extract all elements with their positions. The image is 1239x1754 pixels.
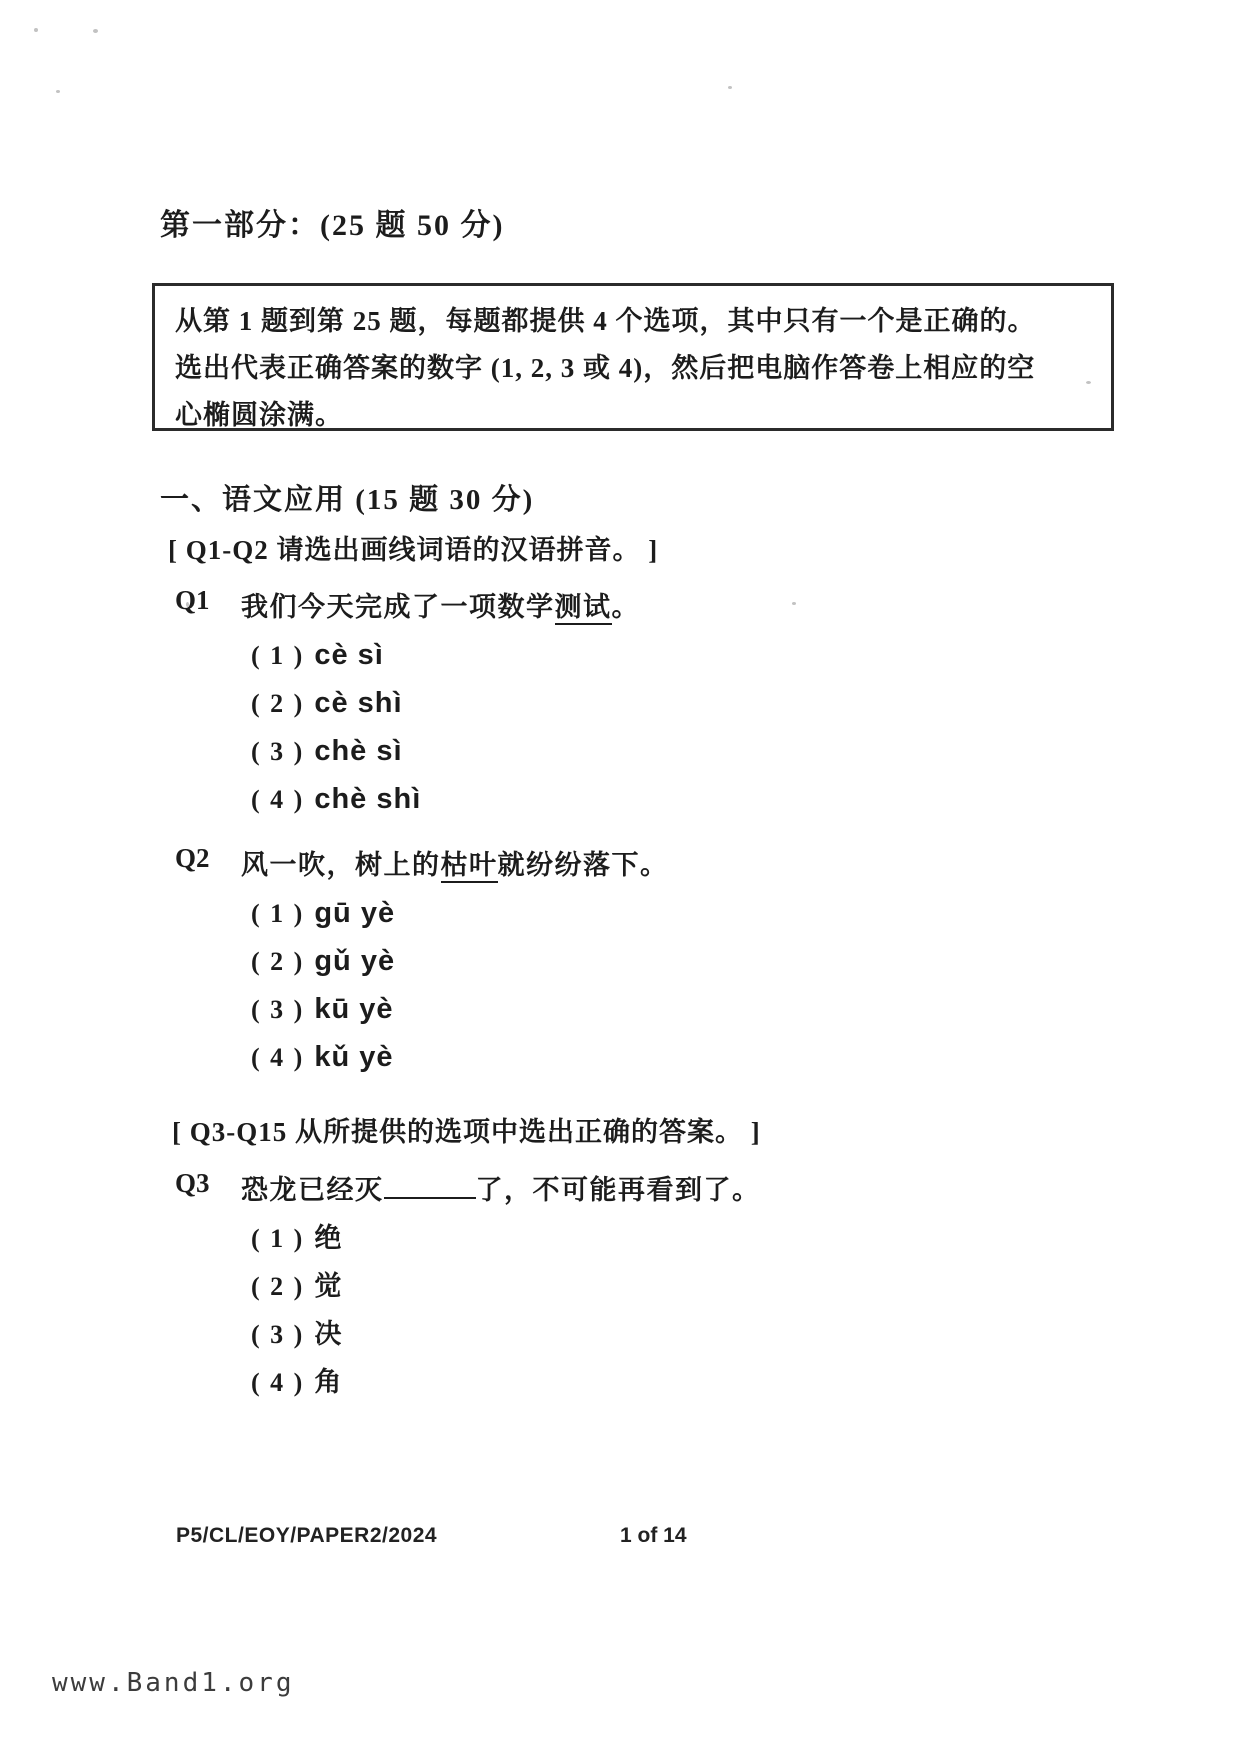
option-text: kǔ yè [314, 1041, 393, 1073]
paper-code: P5/CL/EOY/PAPER2/2024 [176, 1524, 437, 1548]
question-text-after: 了，不可能再看到了。 [476, 1175, 761, 1205]
page-indicator: 1 of 14 [620, 1524, 687, 1548]
instructions-line: 从第 1 题到第 25 题，每题都提供 4 个选项，其中只有一个是正确的。 [175, 298, 1093, 345]
question-text-before: 我们今天完成了一项数学 [241, 592, 555, 622]
option-marker: ( 1 ) [251, 899, 304, 928]
question-number: Q3 [175, 1168, 241, 1199]
option-marker: ( 2 ) [251, 947, 304, 976]
underlined-word: 测试 [555, 592, 612, 625]
option-text: cè sì [314, 639, 384, 671]
option-text: 绝 [314, 1223, 341, 1253]
question-text-after: 就纷纷落下。 [498, 850, 669, 880]
option-marker: ( 1 ) [251, 641, 304, 670]
option-text: 觉 [314, 1271, 341, 1301]
scanned-exam-page: 第一部分：(25 题 50 分) 从第 1 题到第 25 题，每题都提供 4 个… [0, 0, 1239, 1754]
underlined-word: 枯叶 [441, 850, 498, 883]
option-text: kū yè [314, 993, 393, 1025]
scan-speck [56, 90, 60, 93]
question-text-before: 风一吹，树上的 [241, 850, 441, 880]
option-text: chè shì [314, 783, 421, 815]
option-1: ( 1 )gū yè [251, 898, 669, 929]
option-marker: ( 4 ) [251, 1368, 304, 1397]
note-q3-q15: [ Q3-Q15 从所提供的选项中选出正确的答案。 ] [172, 1110, 761, 1149]
option-text: 决 [314, 1319, 341, 1349]
option-marker: ( 3 ) [251, 737, 304, 766]
option-4: ( 4 )角 [251, 1367, 761, 1398]
option-marker: ( 2 ) [251, 689, 304, 718]
option-4: ( 4 )kǔ yè [251, 1042, 669, 1073]
option-3: ( 3 )kū yè [251, 994, 669, 1025]
question-q2: Q2 风一吹，树上的枯叶就纷纷落下。 ( 1 )gū yè ( 2 )gǔ yè… [175, 843, 669, 1090]
option-marker: ( 3 ) [251, 995, 304, 1024]
question-text: 我们今天完成了一项数学测试。 [241, 585, 640, 624]
instructions-line: 选出代表正确答案的数字 (1, 2, 3 或 4)，然后把电脑作答卷上相应的空 [175, 345, 1093, 392]
option-3: ( 3 )决 [251, 1319, 761, 1350]
part-heading: 第一部分：(25 题 50 分) [160, 200, 504, 244]
question-q1: Q1 我们今天完成了一项数学测试。 ( 1 )cè sì ( 2 )cè shì… [175, 585, 640, 832]
question-text: 风一吹，树上的枯叶就纷纷落下。 [241, 843, 669, 882]
note-q1-q2: [ Q1-Q2 请选出画线词语的汉语拼音。 ] [168, 528, 658, 567]
instructions-line: 心椭圆涂满。 [175, 392, 1093, 439]
section-heading: 一、语文应用 (15 题 30 分) [160, 477, 534, 518]
option-text: 角 [314, 1367, 341, 1397]
option-marker: ( 2 ) [251, 1272, 304, 1301]
option-4: ( 4 )chè shì [251, 784, 640, 815]
question-text-before: 恐龙已经灭 [241, 1175, 384, 1205]
scan-speck [792, 602, 796, 605]
option-3: ( 3 )chè sì [251, 736, 640, 767]
option-1: ( 1 )绝 [251, 1223, 761, 1254]
instructions-box: 从第 1 题到第 25 题，每题都提供 4 个选项，其中只有一个是正确的。 选出… [152, 283, 1114, 431]
option-marker: ( 1 ) [251, 1224, 304, 1253]
option-marker: ( 3 ) [251, 1320, 304, 1349]
question-text-after: 。 [612, 592, 641, 622]
option-2: ( 2 )cè shì [251, 688, 640, 719]
option-2: ( 2 )gǔ yè [251, 946, 669, 977]
option-text: chè sì [314, 735, 402, 767]
option-text: gū yè [314, 897, 395, 929]
scan-speck [34, 28, 38, 32]
question-number: Q1 [175, 585, 241, 616]
question-number: Q2 [175, 843, 241, 874]
option-marker: ( 4 ) [251, 785, 304, 814]
fill-in-blank [384, 1169, 476, 1199]
scan-speck [728, 86, 732, 89]
question-text: 恐龙已经灭了，不可能再看到了。 [241, 1168, 761, 1207]
option-2: ( 2 )觉 [251, 1271, 761, 1302]
scan-speck [93, 29, 98, 33]
option-text: cè shì [314, 687, 402, 719]
watermark-url: www.Band1.org [52, 1668, 295, 1698]
option-text: gǔ yè [314, 945, 395, 977]
option-marker: ( 4 ) [251, 1043, 304, 1072]
option-1: ( 1 )cè sì [251, 640, 640, 671]
question-q3: Q3 恐龙已经灭了，不可能再看到了。 ( 1 )绝 ( 2 )觉 ( 3 )决 … [175, 1168, 761, 1415]
